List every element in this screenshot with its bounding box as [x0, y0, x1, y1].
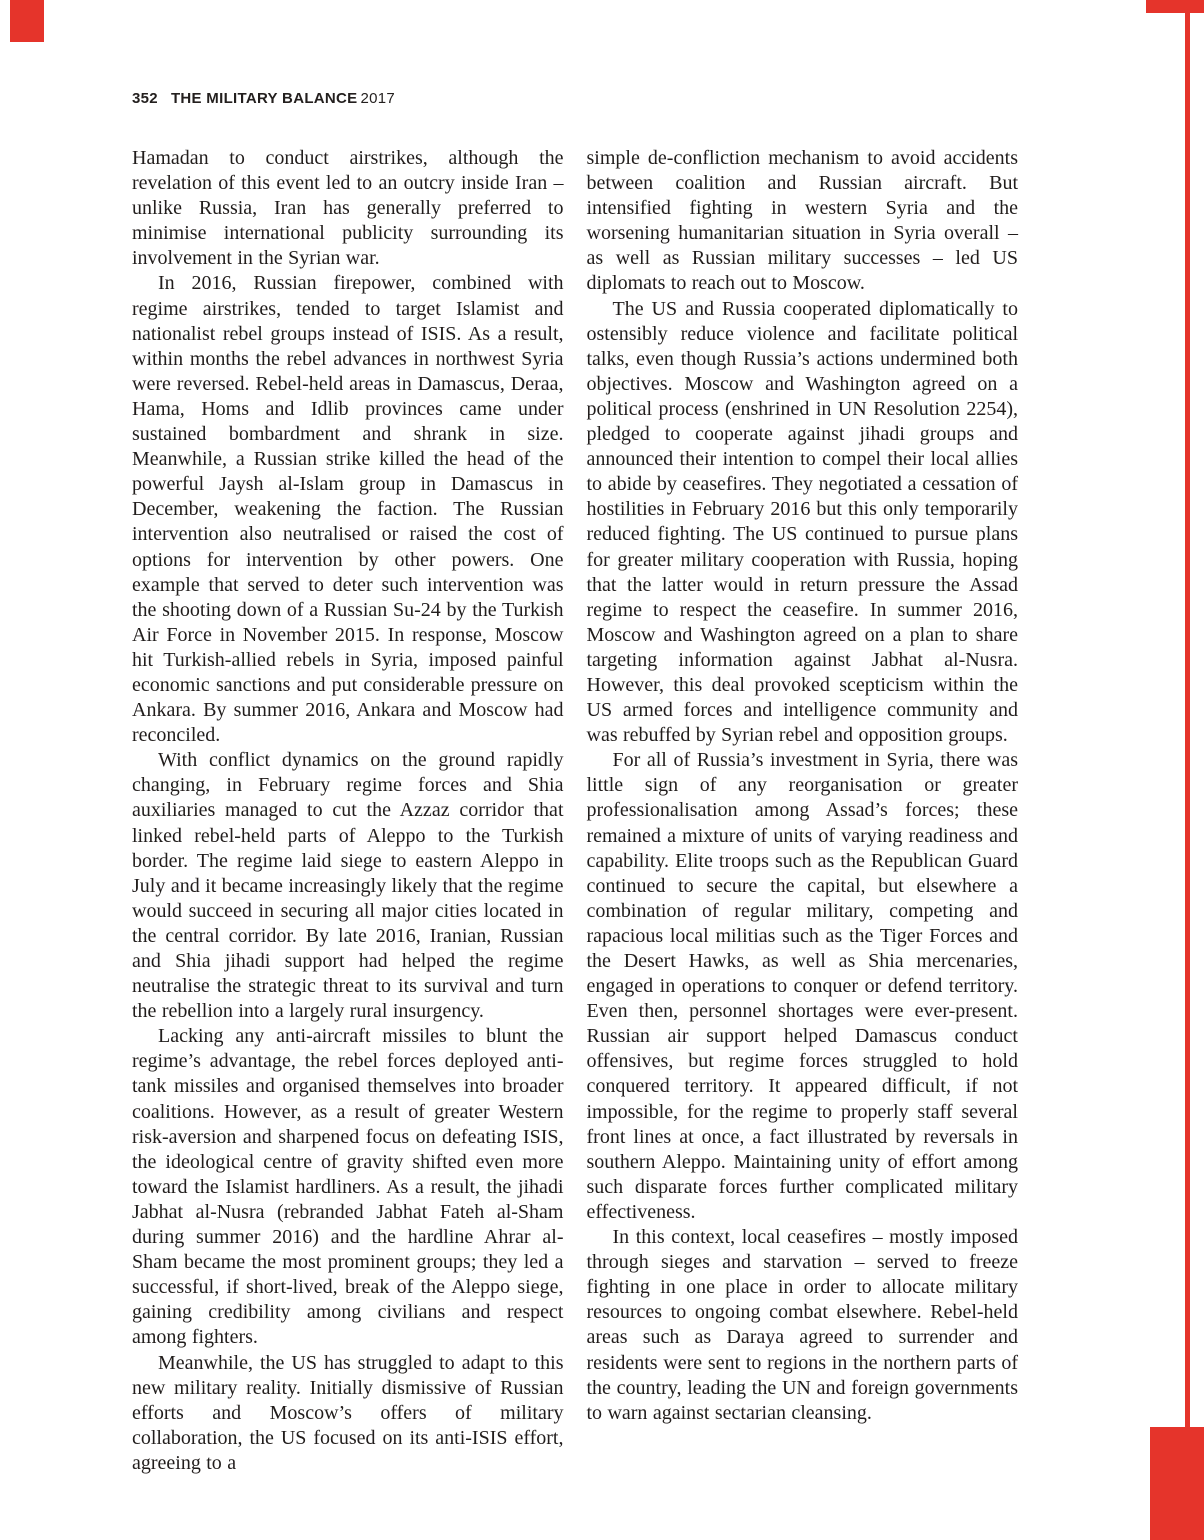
page-number: 352 — [132, 90, 158, 107]
publication-year: 2017 — [361, 90, 396, 107]
paragraph: Meanwhile, the US has struggled to adapt… — [132, 1351, 564, 1476]
page-edge-mark-bottom-right — [1150, 1427, 1204, 1540]
paragraph: The US and Russia cooperated diplomatica… — [587, 297, 1019, 749]
paragraph: For all of Russia’s investment in Syria,… — [587, 748, 1019, 1225]
paragraph: In this context, local ceasefires – most… — [587, 1225, 1019, 1426]
publication-title: THE MILITARY BALANCE — [171, 90, 358, 107]
page-header: 352THE MILITARY BALANCE2017 — [132, 91, 395, 106]
text-column-right: simple de-confliction mechanism to avoid… — [587, 146, 1019, 1476]
book-page: 352THE MILITARY BALANCE2017 Hamadan to c… — [0, 0, 1204, 1540]
paragraph: In 2016, Russian firepower, combined wit… — [132, 271, 564, 748]
page-edge-rule-right — [1185, 13, 1190, 1427]
paragraph: Lacking any anti-aircraft missiles to bl… — [132, 1024, 564, 1350]
page-edge-mark-top-left — [10, 0, 44, 42]
article-body: Hamadan to conduct airstrikes, although … — [132, 146, 1018, 1476]
page-edge-mark-top-right — [1146, 0, 1204, 13]
text-column-left: Hamadan to conduct airstrikes, although … — [132, 146, 564, 1476]
paragraph: simple de-confliction mechanism to avoid… — [587, 146, 1019, 297]
paragraph: With conflict dynamics on the ground rap… — [132, 748, 564, 1024]
paragraph: Hamadan to conduct airstrikes, although … — [132, 146, 564, 271]
